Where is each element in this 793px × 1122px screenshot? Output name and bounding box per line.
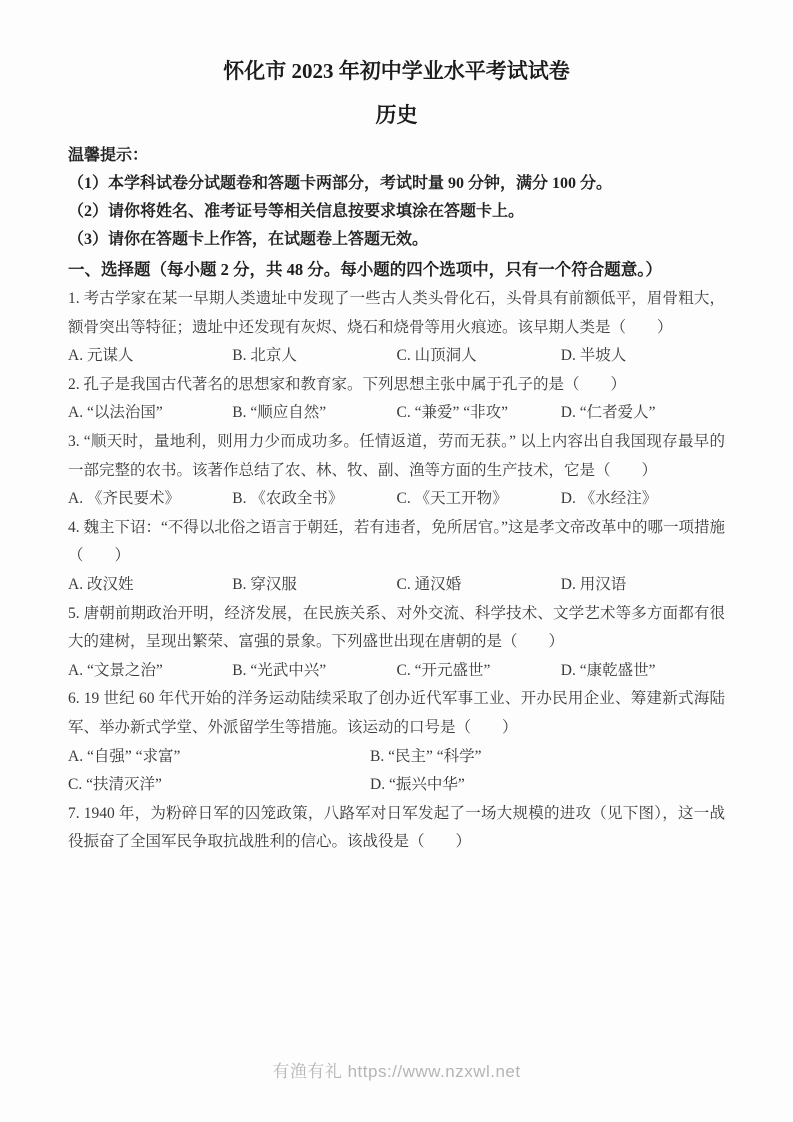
question-stem: 2. 孔子是我国古代著名的思想家和教育家。下列思想主张中属于孔子的是（ ） xyxy=(68,371,725,400)
option-d: D. 《水经注》 xyxy=(561,485,725,514)
option-a: A. “自强” “求富” xyxy=(68,743,370,772)
option-c: C. “兼爱” “非攻” xyxy=(397,399,561,428)
page-title: 怀化市 2023 年初中学业水平考试试卷 xyxy=(68,56,725,86)
watermark-text: 有渔有礼 https://www.nzxwl.net xyxy=(0,1057,793,1082)
notice-block: 温馨提示： （1）本学科试卷分试题卷和答题卡两部分，考试时量 90 分钟，满分 … xyxy=(68,142,725,254)
question-2: 2. 孔子是我国古代著名的思想家和教育家。下列思想主张中属于孔子的是（ ） A.… xyxy=(68,371,725,428)
option-b: B. “民主” “科学” xyxy=(370,743,725,772)
section-heading: 一、选择题（每小题 2 分，共 48 分。每小题的四个选项中，只有一个符合题意。… xyxy=(68,255,725,285)
option-b: B. 穿汉服 xyxy=(232,571,396,600)
subject-title: 历史 xyxy=(68,100,725,130)
question-4: 4. 魏主下诏：“不得以北俗之语言于朝廷，若有违者，免所居官。”这是孝文帝改革中… xyxy=(68,514,725,600)
question-options: A. “自强” “求富” B. “民主” “科学” C. “扶清灭洋” D. “… xyxy=(68,743,725,800)
option-c: C. “扶清灭洋” xyxy=(68,771,370,800)
option-a: A. “以法治国” xyxy=(68,399,232,428)
question-3: 3. “顺天时，量地利，则用力少而成功多。任情返道，劳而无获。” 以上内容出自我… xyxy=(68,428,725,514)
question-options: A. 《齐民要术》 B. 《农政全书》 C. 《天工开物》 D. 《水经注》 xyxy=(68,485,725,514)
question-7: 7. 1940 年，为粉碎日军的囚笼政策，八路军对日军发起了一场大规模的进攻（见… xyxy=(68,800,725,857)
question-stem: 5. 唐朝前期政治开明，经济发展，在民族关系、对外交流、科学技术、文学艺术等多方… xyxy=(68,600,725,657)
option-c: C. “开元盛世” xyxy=(397,657,561,686)
option-b: B. 《农政全书》 xyxy=(232,485,396,514)
question-options: A. “文景之治” B. “光武中兴” C. “开元盛世” D. “康乾盛世” xyxy=(68,657,725,686)
option-b: B. “顺应自然” xyxy=(232,399,396,428)
question-stem: 6. 19 世纪 60 年代开始的洋务运动陆续采取了创办近代军事工业、开办民用企… xyxy=(68,685,725,742)
question-options: A. “以法治国” B. “顺应自然” C. “兼爱” “非攻” D. “仁者爱… xyxy=(68,399,725,428)
exam-paper-page: 怀化市 2023 年初中学业水平考试试卷 历史 温馨提示： （1）本学科试卷分试… xyxy=(0,0,793,1122)
option-a: A. 改汉姓 xyxy=(68,571,232,600)
option-a: A. 元谋人 xyxy=(68,342,232,371)
question-stem: 1. 考古学家在某一早期人类遗址中发现了一些古人类头骨化石，头骨具有前额低平，眉… xyxy=(68,285,725,342)
option-d: D. “仁者爱人” xyxy=(561,399,725,428)
question-stem: 7. 1940 年，为粉碎日军的囚笼政策，八路军对日军发起了一场大规模的进攻（见… xyxy=(68,800,725,857)
notice-item-3: （3）请你在答题卡上作答，在试题卷上答题无效。 xyxy=(68,226,725,254)
option-b: B. “光武中兴” xyxy=(232,657,396,686)
question-options: A. 改汉姓 B. 穿汉服 C. 通汉婚 D. 用汉语 xyxy=(68,571,725,600)
notice-item-2: （2）请你将姓名、准考证号等相关信息按要求填涂在答题卡上。 xyxy=(68,198,725,226)
option-a: A. “文景之治” xyxy=(68,657,232,686)
option-d: D. “振兴中华” xyxy=(370,771,725,800)
question-6: 6. 19 世纪 60 年代开始的洋务运动陆续采取了创办近代军事工业、开办民用企… xyxy=(68,685,725,799)
question-1: 1. 考古学家在某一早期人类遗址中发现了一些古人类头骨化石，头骨具有前额低平，眉… xyxy=(68,285,725,371)
option-d: D. 半坡人 xyxy=(561,342,725,371)
option-c: C. 山顶洞人 xyxy=(397,342,561,371)
option-d: D. “康乾盛世” xyxy=(561,657,725,686)
question-options: A. 元谋人 B. 北京人 C. 山顶洞人 D. 半坡人 xyxy=(68,342,725,371)
notice-heading: 温馨提示： xyxy=(68,142,725,170)
option-d: D. 用汉语 xyxy=(561,571,725,600)
option-a: A. 《齐民要术》 xyxy=(68,485,232,514)
question-5: 5. 唐朝前期政治开明，经济发展，在民族关系、对外交流、科学技术、文学艺术等多方… xyxy=(68,600,725,686)
question-stem: 4. 魏主下诏：“不得以北俗之语言于朝廷，若有违者，免所居官。”这是孝文帝改革中… xyxy=(68,514,725,571)
option-c: C. 通汉婚 xyxy=(397,571,561,600)
question-stem: 3. “顺天时，量地利，则用力少而成功多。任情返道，劳而无获。” 以上内容出自我… xyxy=(68,428,725,485)
option-b: B. 北京人 xyxy=(232,342,396,371)
notice-item-1: （1）本学科试卷分试题卷和答题卡两部分，考试时量 90 分钟，满分 100 分。 xyxy=(68,170,725,198)
option-c: C. 《天工开物》 xyxy=(397,485,561,514)
